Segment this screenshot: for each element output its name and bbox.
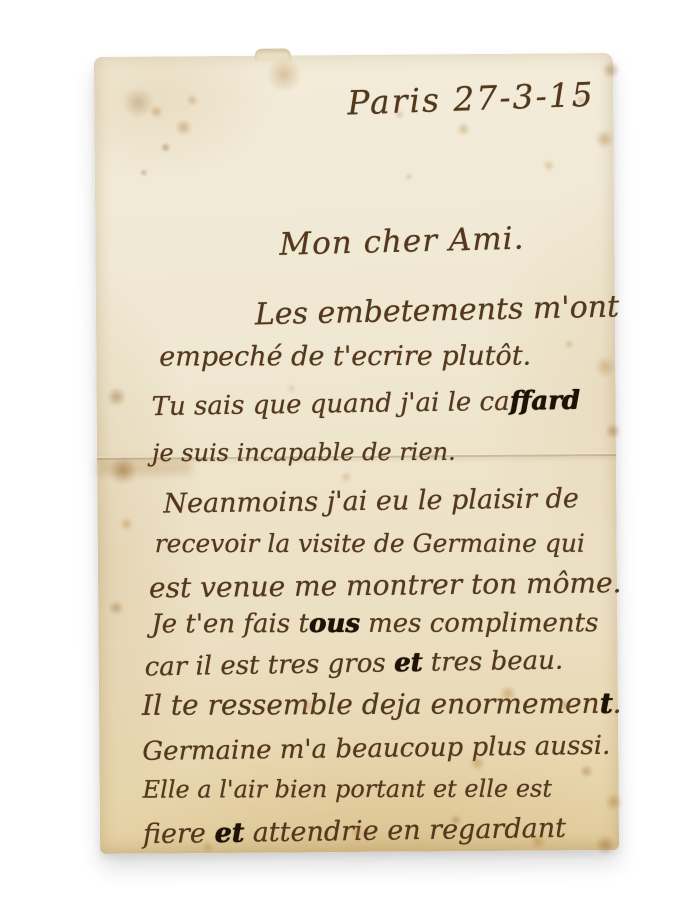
letter-line: est venue me montrer ton môme. (149, 569, 622, 602)
letter-line-segment: mes compliments (360, 608, 599, 639)
letter-line-segment: Il te ressemble deja enormemen (142, 687, 600, 722)
letter-line: fiere et attendrie en regardant (143, 815, 566, 848)
letter-line-segment: Je t'en fais t (151, 609, 309, 639)
letter-dateline: Paris 27-3-15 (347, 78, 595, 120)
foxing-stain (405, 173, 413, 181)
paper-top-tab (255, 49, 291, 61)
letter-line-segment: Germaine m'a beaucoup plus aussi. (142, 731, 610, 767)
foxing-stain (119, 517, 133, 531)
foxing-stain (564, 339, 574, 349)
letter-line-segment: empeché de t'ecrire plutôt. (159, 341, 531, 373)
foxing-stain (266, 56, 302, 92)
foxing-stain (456, 122, 470, 136)
letter-line-segment: . (613, 687, 622, 720)
letter-line-segment-overwritten: ous (309, 609, 360, 639)
foxing-stain (140, 169, 148, 177)
foxing-stain (602, 61, 620, 79)
foxing-stain (594, 356, 616, 378)
foxing-stain (174, 118, 192, 136)
foxing-stain (149, 105, 163, 119)
letter-line-segment: Les embetements m'ont (255, 289, 620, 332)
letter-line: recevoir la visite de Germaine qui (155, 531, 585, 556)
letter-line-segment-overwritten: et (394, 648, 423, 678)
letter-line-segment-overwritten: et (214, 818, 244, 849)
letter-line-segment-overwritten: t (600, 687, 613, 720)
letter-line-segment: est venue me montrer ton môme. (149, 566, 622, 604)
foxing-stain (161, 142, 171, 152)
letter-line: Elle a l'air bien portant et elle est (143, 777, 552, 802)
letter-salutation: Mon cher Ami. (279, 224, 525, 261)
letter-line-segment: fiere (143, 818, 215, 850)
foxing-stain (340, 471, 352, 483)
foxing-stain (605, 423, 621, 439)
letter-line-segment: Tu sais que quand j'ai le ca (151, 387, 509, 422)
letter-line-segment-overwritten: ffard (509, 386, 580, 417)
foxing-stain (108, 600, 124, 616)
letter-line-segment: recevoir la visite de Germaine qui (155, 529, 585, 558)
letter-line: car il est tres gros et tres beau. (144, 648, 563, 681)
foxing-stain (186, 94, 198, 106)
letter-line: Je t'en fais tous mes compliments (151, 610, 598, 637)
foxing-stain (543, 159, 555, 171)
foxing-stain (595, 835, 615, 855)
foxing-stain (106, 387, 126, 407)
letter-line: Les embetements m'ont (255, 292, 620, 330)
letter-line-segment: je suis incapable de rien. (152, 438, 456, 467)
letter-line-segment: Elle a l'air bien portant et elle est (143, 775, 552, 804)
letter-line-segment: Neanmoins j'ai eu le plaisir de (163, 483, 579, 519)
foxing-stains-layer (94, 53, 613, 57)
foxing-stain (579, 764, 593, 778)
letter-line: Neanmoins j'ai eu le plaisir de (163, 485, 579, 517)
foxing-stain (605, 793, 623, 811)
letter-line: Tu sais que quand j'ai le caffard (151, 388, 580, 420)
letter-body: Les embetements m'ontempeché de t'ecrire… (94, 53, 613, 57)
letter-line: Germaine m'a beaucoup plus aussi. (142, 733, 610, 765)
foxing-stain (122, 87, 154, 119)
letter-line-segment: attendrie en regardant (244, 813, 566, 849)
letter-line: je suis incapable de rien. (152, 440, 456, 465)
letter-line: empeché de t'ecrire plutôt. (159, 343, 531, 371)
letter-line: Il te ressemble deja enormement. (142, 690, 622, 720)
letter-line-segment: tres beau. (422, 646, 563, 678)
letter-photograph: Paris 27-3-15 Mon cher Ami. Les embeteme… (0, 0, 700, 898)
letter-line-segment: car il est tres gros (144, 648, 394, 682)
foxing-stain (594, 129, 614, 149)
letter-paper: Paris 27-3-15 Mon cher Ami. Les embeteme… (94, 53, 619, 854)
